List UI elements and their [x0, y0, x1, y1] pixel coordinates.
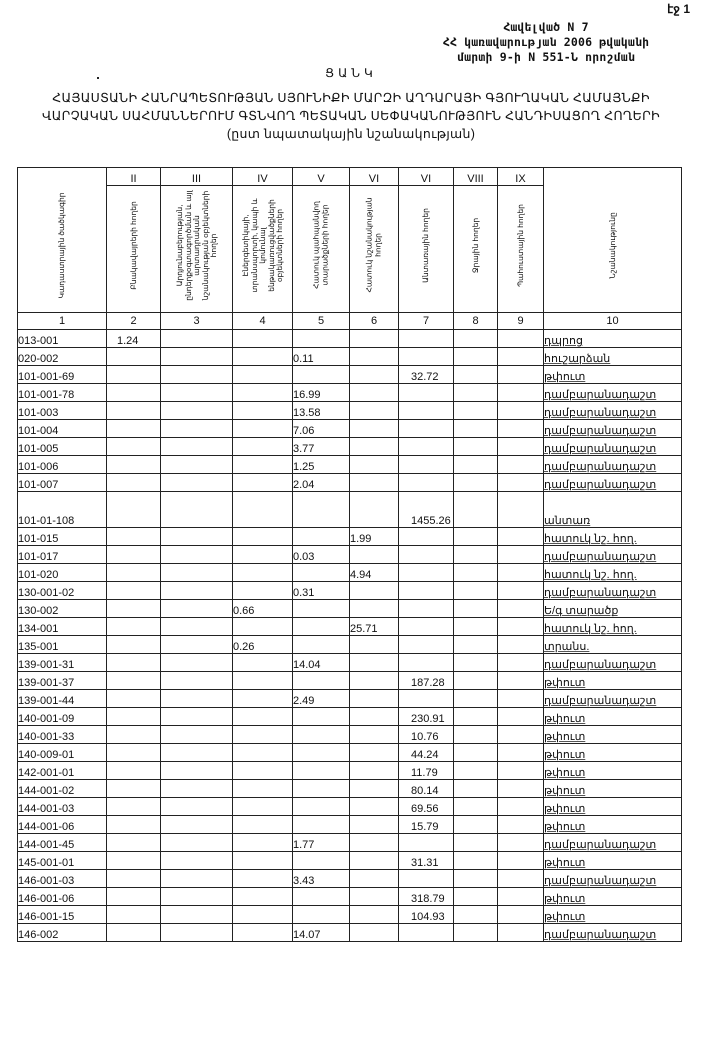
purpose-cell: թփուտ	[544, 906, 682, 924]
roman-header: IV	[233, 168, 293, 186]
area-cell-c6	[350, 456, 399, 474]
column-number: 7	[399, 313, 454, 330]
cadastral-code-cell: 146-001-03	[18, 870, 107, 888]
area-cell-c7	[399, 474, 454, 492]
area-cell-c6	[350, 744, 399, 762]
purpose-cell: դամբարանադաշտ	[544, 690, 682, 708]
area-cell-c2	[107, 474, 161, 492]
table-row: 101-00313.58դամբարանադաշտ	[18, 402, 682, 420]
purpose-cell: թփուտ	[544, 672, 682, 690]
area-cell-c8	[454, 564, 498, 582]
area-cell-c5	[293, 366, 350, 384]
area-cell-c2	[107, 906, 161, 924]
table-row: 130-001-020.31դամբարանադաշտ	[18, 582, 682, 600]
area-cell-c8	[454, 690, 498, 708]
area-cell-c3	[161, 330, 233, 348]
area-cell-c7: 104.93	[399, 906, 454, 924]
area-cell-c2	[107, 636, 161, 654]
purpose-cell: թփուտ	[544, 366, 682, 384]
area-cell-c7	[399, 420, 454, 438]
column-number: 5	[293, 313, 350, 330]
area-cell-c7: 11.79	[399, 762, 454, 780]
purpose-cell: դամբարանադաշտ	[544, 420, 682, 438]
area-cell-c3	[161, 654, 233, 672]
purpose-cell: անտառ	[544, 492, 682, 528]
table-row: 101-0047.06դամբարանադաշտ	[18, 420, 682, 438]
area-cell-c9	[498, 762, 544, 780]
area-cell-c2	[107, 402, 161, 420]
area-cell-c6	[350, 852, 399, 870]
purpose-cell: դամբարանադաշտ	[544, 438, 682, 456]
cadastral-code-cell: 139-001-44	[18, 690, 107, 708]
area-cell-c7: 15.79	[399, 816, 454, 834]
area-cell-c9	[498, 906, 544, 924]
area-cell-c2	[107, 438, 161, 456]
area-cell-c2	[107, 834, 161, 852]
area-cell-c4	[233, 402, 293, 420]
table-row: 140-001-09230.91թփուտ	[18, 708, 682, 726]
area-cell-c8	[454, 384, 498, 402]
area-cell-c6	[350, 420, 399, 438]
area-cell-c5: 3.43	[293, 870, 350, 888]
area-cell-c8	[454, 762, 498, 780]
area-cell-c8	[454, 456, 498, 474]
table-row: 101-001-7816.99դամբարանադաշտ	[18, 384, 682, 402]
area-cell-c2	[107, 726, 161, 744]
area-cell-c2	[107, 564, 161, 582]
area-cell-c9	[498, 402, 544, 420]
cadastral-code-cell: 101-020	[18, 564, 107, 582]
cadastral-code-cell: 139-001-37	[18, 672, 107, 690]
annex-line: մարտի 9-ի N 551-Ն որոշման	[416, 50, 676, 65]
area-cell-c6	[350, 474, 399, 492]
area-cell-c8	[454, 870, 498, 888]
table-row: 101-001-6932.72թփուտ	[18, 366, 682, 384]
area-cell-c2	[107, 870, 161, 888]
area-cell-c4	[233, 474, 293, 492]
title-line: ՀԱՅԱՍՏԱՆԻ ՀԱՆՐԱՊԵՏՈՒԹՅԱՆ ՍՅՈՒՆԻՔԻ ՄԱՐԶԻ …	[0, 89, 702, 107]
table-body: 013-0011.24դպրոց020-0020.11հուշարձան101-…	[18, 330, 682, 942]
area-cell-c5: 0.03	[293, 546, 350, 564]
cadastral-code-cell: 139-001-31	[18, 654, 107, 672]
area-cell-c9	[498, 816, 544, 834]
table-row: 144-001-0369.56թփուտ	[18, 798, 682, 816]
area-cell-c8	[454, 600, 498, 618]
area-cell-c4	[233, 366, 293, 384]
area-cell-c2	[107, 420, 161, 438]
table-row: 139-001-442.49դամբարանադաշտ	[18, 690, 682, 708]
area-cell-c4	[233, 690, 293, 708]
area-cell-c6: 25.71	[350, 618, 399, 636]
area-cell-c3	[161, 870, 233, 888]
area-cell-c7	[399, 582, 454, 600]
area-cell-c8	[454, 528, 498, 546]
area-cell-c7	[399, 330, 454, 348]
area-cell-c8	[454, 708, 498, 726]
area-cell-c9	[498, 600, 544, 618]
area-cell-c9	[498, 366, 544, 384]
table-row: 101-0204.94հատուկ նշ. հող.	[18, 564, 682, 582]
area-cell-c5: 13.58	[293, 402, 350, 420]
purpose-cell: դպրոց	[544, 330, 682, 348]
area-cell-c7	[399, 636, 454, 654]
roman-header: IX	[498, 168, 544, 186]
area-cell-c5	[293, 618, 350, 636]
column-number: 9	[498, 313, 544, 330]
area-cell-c6	[350, 870, 399, 888]
area-cell-c3	[161, 546, 233, 564]
area-cell-c2: 1.24	[107, 330, 161, 348]
area-cell-c3	[161, 834, 233, 852]
area-cell-c7	[399, 528, 454, 546]
purpose-cell: հատուկ նշ. հող.	[544, 528, 682, 546]
area-cell-c5	[293, 492, 350, 528]
purpose-cell: թփուտ	[544, 762, 682, 780]
table-row: 140-009-0144.24թփուտ	[18, 744, 682, 762]
area-cell-c4	[233, 672, 293, 690]
area-cell-c6	[350, 780, 399, 798]
area-cell-c4	[233, 348, 293, 366]
area-cell-c5: 16.99	[293, 384, 350, 402]
area-cell-c3	[161, 492, 233, 528]
area-cell-c3	[161, 384, 233, 402]
area-cell-c5	[293, 816, 350, 834]
table-row: 013-0011.24դպրոց	[18, 330, 682, 348]
area-cell-c8	[454, 726, 498, 744]
area-cell-c2	[107, 366, 161, 384]
area-cell-c8	[454, 906, 498, 924]
area-cell-c3	[161, 906, 233, 924]
area-cell-c2	[107, 600, 161, 618]
area-cell-c8	[454, 780, 498, 798]
area-cell-c2	[107, 816, 161, 834]
header-infrastructure-lands: Էներգետիկայի, տրանսպորտի, կապի և կոմունա…	[233, 186, 293, 313]
purpose-cell: թփուտ	[544, 744, 682, 762]
area-cell-c5	[293, 330, 350, 348]
area-cell-c4	[233, 906, 293, 924]
area-cell-c7	[399, 438, 454, 456]
area-cell-c9	[498, 438, 544, 456]
column-number: 3	[161, 313, 233, 330]
purpose-cell: դամբարանադաշտ	[544, 402, 682, 420]
cadastral-code-cell: 144-001-02	[18, 780, 107, 798]
area-cell-c6	[350, 402, 399, 420]
cadastral-code-cell: 101-006	[18, 456, 107, 474]
area-cell-c3	[161, 672, 233, 690]
area-cell-c7: 1455.26	[399, 492, 454, 528]
area-cell-c5	[293, 888, 350, 906]
area-cell-c5	[293, 708, 350, 726]
area-cell-c2	[107, 690, 161, 708]
area-cell-c6: 1.99	[350, 528, 399, 546]
area-cell-c3	[161, 600, 233, 618]
area-cell-c9	[498, 654, 544, 672]
cadastral-code-cell: 101-015	[18, 528, 107, 546]
area-cell-c7	[399, 834, 454, 852]
area-cell-c3	[161, 726, 233, 744]
area-cell-c6	[350, 366, 399, 384]
area-cell-c7	[399, 600, 454, 618]
area-cell-c8	[454, 474, 498, 492]
area-cell-c5: 1.25	[293, 456, 350, 474]
purpose-cell: դամբարանադաշտ	[544, 474, 682, 492]
cadastral-code-cell: 101-001-78	[18, 384, 107, 402]
purpose-cell: հատուկ նշ. հող.	[544, 564, 682, 582]
area-cell-c4	[233, 420, 293, 438]
cadastral-code-cell: 144-001-03	[18, 798, 107, 816]
area-cell-c6	[350, 672, 399, 690]
area-cell-c8	[454, 636, 498, 654]
area-cell-c3	[161, 348, 233, 366]
area-cell-c6	[350, 888, 399, 906]
area-cell-c6	[350, 906, 399, 924]
area-cell-c2	[107, 672, 161, 690]
roman-header: V	[293, 168, 350, 186]
area-cell-c5	[293, 636, 350, 654]
area-cell-c7: 318.79	[399, 888, 454, 906]
cadastral-code-cell: 020-002	[18, 348, 107, 366]
table-row: 130-0020.66Ե/գ տարածք	[18, 600, 682, 618]
area-cell-c4: 0.26	[233, 636, 293, 654]
area-cell-c9	[498, 528, 544, 546]
area-cell-c9	[498, 546, 544, 564]
area-cell-c4	[233, 780, 293, 798]
area-cell-c8	[454, 834, 498, 852]
area-cell-c6	[350, 726, 399, 744]
cadastral-code-cell: 144-001-45	[18, 834, 107, 852]
cadastral-code-cell: 140-001-33	[18, 726, 107, 744]
area-cell-c7: 44.24	[399, 744, 454, 762]
area-cell-c2	[107, 762, 161, 780]
area-cell-c4	[233, 870, 293, 888]
area-cell-c4	[233, 834, 293, 852]
page-number: էջ 1	[667, 2, 690, 16]
area-cell-c8	[454, 348, 498, 366]
document-title: ՀԱՅԱՍՏԱՆԻ ՀԱՆՐԱՊԵՏՈՒԹՅԱՆ ՍՅՈՒՆԻՔԻ ՄԱՐԶԻ …	[0, 89, 702, 143]
area-cell-c4	[233, 852, 293, 870]
cadastral-code-cell: 134-001	[18, 618, 107, 636]
area-cell-c6	[350, 546, 399, 564]
area-cell-c3	[161, 366, 233, 384]
cadastral-code-cell: 142-001-01	[18, 762, 107, 780]
area-cell-c5: 1.77	[293, 834, 350, 852]
table-row: 140-001-3310.76թփուտ	[18, 726, 682, 744]
area-cell-c3	[161, 798, 233, 816]
area-cell-c9	[498, 852, 544, 870]
area-cell-c4	[233, 618, 293, 636]
area-cell-c9	[498, 726, 544, 744]
area-cell-c2	[107, 384, 161, 402]
column-number: 10	[544, 313, 682, 330]
area-cell-c7	[399, 690, 454, 708]
table-row: 101-0053.77դամբարանադաշտ	[18, 438, 682, 456]
area-cell-c3	[161, 420, 233, 438]
table-row: 144-001-451.77դամբարանադաշտ	[18, 834, 682, 852]
cadastral-code-cell: 101-003	[18, 402, 107, 420]
purpose-cell: դամբարանադաշտ	[544, 546, 682, 564]
cadastral-code-cell: 146-001-15	[18, 906, 107, 924]
purpose-cell: դամբարանադաշտ	[544, 582, 682, 600]
area-cell-c8	[454, 402, 498, 420]
column-number-row: 1 2 3 4 5 6 7 8 9 10	[18, 313, 682, 330]
area-cell-c8	[454, 816, 498, 834]
area-cell-c4	[233, 726, 293, 744]
area-cell-c6	[350, 582, 399, 600]
area-cell-c7: 10.76	[399, 726, 454, 744]
cadastral-code-cell: 013-001	[18, 330, 107, 348]
area-cell-c2	[107, 708, 161, 726]
area-cell-c4	[233, 816, 293, 834]
area-cell-c7	[399, 546, 454, 564]
purpose-cell: հուշարձան	[544, 348, 682, 366]
area-cell-c8	[454, 366, 498, 384]
area-cell-c2	[107, 582, 161, 600]
area-cell-c4	[233, 384, 293, 402]
area-cell-c5: 3.77	[293, 438, 350, 456]
roman-header: III	[161, 168, 233, 186]
header-water-lands: Ջրային հողեր	[454, 186, 498, 313]
area-cell-c8	[454, 546, 498, 564]
annex-reference: Հավելված N 7 ՀՀ կառավարության 2006 թվակա…	[416, 20, 676, 65]
purpose-cell: հատուկ նշ. հող.	[544, 618, 682, 636]
area-cell-c6	[350, 798, 399, 816]
area-cell-c5: 0.31	[293, 582, 350, 600]
area-cell-c6	[350, 600, 399, 618]
area-cell-c2	[107, 492, 161, 528]
area-cell-c6	[350, 924, 399, 942]
purpose-cell: Ե/գ տարածք	[544, 600, 682, 618]
cadastral-code-cell: 101-007	[18, 474, 107, 492]
area-cell-c7	[399, 654, 454, 672]
area-cell-c4	[233, 582, 293, 600]
cadastral-code-cell: 146-002	[18, 924, 107, 942]
table-row: 134-00125.71հատուկ նշ. հող.	[18, 618, 682, 636]
cadastral-code-cell: 135-001	[18, 636, 107, 654]
area-cell-c3	[161, 852, 233, 870]
area-cell-c9	[498, 582, 544, 600]
area-cell-c5	[293, 528, 350, 546]
area-cell-c5	[293, 672, 350, 690]
area-cell-c7	[399, 870, 454, 888]
area-cell-c6	[350, 708, 399, 726]
area-cell-c8	[454, 852, 498, 870]
area-cell-c5	[293, 906, 350, 924]
table-row: 146-001-06318.79թփուտ	[18, 888, 682, 906]
purpose-cell: տրանս.	[544, 636, 682, 654]
purpose-cell: թփուտ	[544, 726, 682, 744]
area-cell-c3	[161, 582, 233, 600]
area-cell-c4	[233, 744, 293, 762]
area-cell-c4	[233, 528, 293, 546]
area-cell-c2	[107, 744, 161, 762]
area-cell-c3	[161, 816, 233, 834]
area-cell-c7: 69.56	[399, 798, 454, 816]
table-row: 146-001-15104.93թփուտ	[18, 906, 682, 924]
area-cell-c3	[161, 762, 233, 780]
area-cell-c5	[293, 780, 350, 798]
cadastral-code-cell: 145-001-01	[18, 852, 107, 870]
area-cell-c6	[350, 438, 399, 456]
table-row: 139-001-37187.28թփուտ	[18, 672, 682, 690]
area-cell-c5	[293, 852, 350, 870]
area-cell-c4	[233, 924, 293, 942]
annex-line: ՀՀ կառավարության 2006 թվականի	[416, 35, 676, 50]
table-row: 144-001-0615.79թփուտ	[18, 816, 682, 834]
area-cell-c6: 4.94	[350, 564, 399, 582]
cadastral-code-cell: 101-01-108	[18, 492, 107, 528]
cadastral-code-cell: 140-009-01	[18, 744, 107, 762]
table-row: 146-001-033.43դամբարանադաշտ	[18, 870, 682, 888]
cadastral-code-cell: 101-005	[18, 438, 107, 456]
area-cell-c9	[498, 744, 544, 762]
area-cell-c7	[399, 402, 454, 420]
area-cell-c2	[107, 888, 161, 906]
area-cell-c5	[293, 744, 350, 762]
area-cell-c6	[350, 384, 399, 402]
area-cell-c4	[233, 438, 293, 456]
area-cell-c3	[161, 708, 233, 726]
header-reserve-lands: Պահուստային հողեր	[498, 186, 544, 313]
area-cell-c5: 0.11	[293, 348, 350, 366]
purpose-cell: դամբարանադաշտ	[544, 834, 682, 852]
column-number: 8	[454, 313, 498, 330]
area-cell-c7: 80.14	[399, 780, 454, 798]
area-cell-c2	[107, 456, 161, 474]
table-row: 145-001-0131.31թփուտ	[18, 852, 682, 870]
area-cell-c2	[107, 618, 161, 636]
area-cell-c5	[293, 600, 350, 618]
cadastral-code-cell: 101-017	[18, 546, 107, 564]
purpose-cell: դամբարանադաշտ	[544, 456, 682, 474]
area-cell-c3	[161, 744, 233, 762]
area-cell-c9	[498, 618, 544, 636]
area-cell-c7: 187.28	[399, 672, 454, 690]
area-cell-c6	[350, 834, 399, 852]
column-number: 4	[233, 313, 293, 330]
purpose-cell: թփուտ	[544, 708, 682, 726]
header-industrial-lands: Արդյունաբերության, ընդերքօգտագործման և ա…	[161, 186, 233, 313]
area-cell-c8	[454, 744, 498, 762]
header-cadastral-code: Կադաստրային ծածկագիր	[18, 168, 107, 313]
area-cell-c4	[233, 492, 293, 528]
area-cell-c6	[350, 816, 399, 834]
area-cell-c4	[233, 564, 293, 582]
area-cell-c8	[454, 438, 498, 456]
annex-line: Հավելված N 7	[416, 20, 676, 35]
area-cell-c3	[161, 402, 233, 420]
area-cell-c9	[498, 384, 544, 402]
area-cell-c9	[498, 492, 544, 528]
cadastral-code-cell: 130-002	[18, 600, 107, 618]
area-cell-c8	[454, 798, 498, 816]
list-title: ՑԱՆԿ	[0, 66, 702, 80]
cadastral-code-cell: 146-001-06	[18, 888, 107, 906]
area-cell-c2	[107, 654, 161, 672]
area-cell-c4	[233, 456, 293, 474]
table-row: 135-0010.26տրանս.	[18, 636, 682, 654]
area-cell-c8	[454, 924, 498, 942]
area-cell-c8	[454, 672, 498, 690]
area-cell-c4	[233, 762, 293, 780]
table-row: 101-0170.03դամբարանադաշտ	[18, 546, 682, 564]
area-cell-c9	[498, 870, 544, 888]
column-number: 1	[18, 313, 107, 330]
area-cell-c4	[233, 708, 293, 726]
area-cell-c9	[498, 798, 544, 816]
area-cell-c6	[350, 330, 399, 348]
area-cell-c7	[399, 618, 454, 636]
area-cell-c2	[107, 924, 161, 942]
